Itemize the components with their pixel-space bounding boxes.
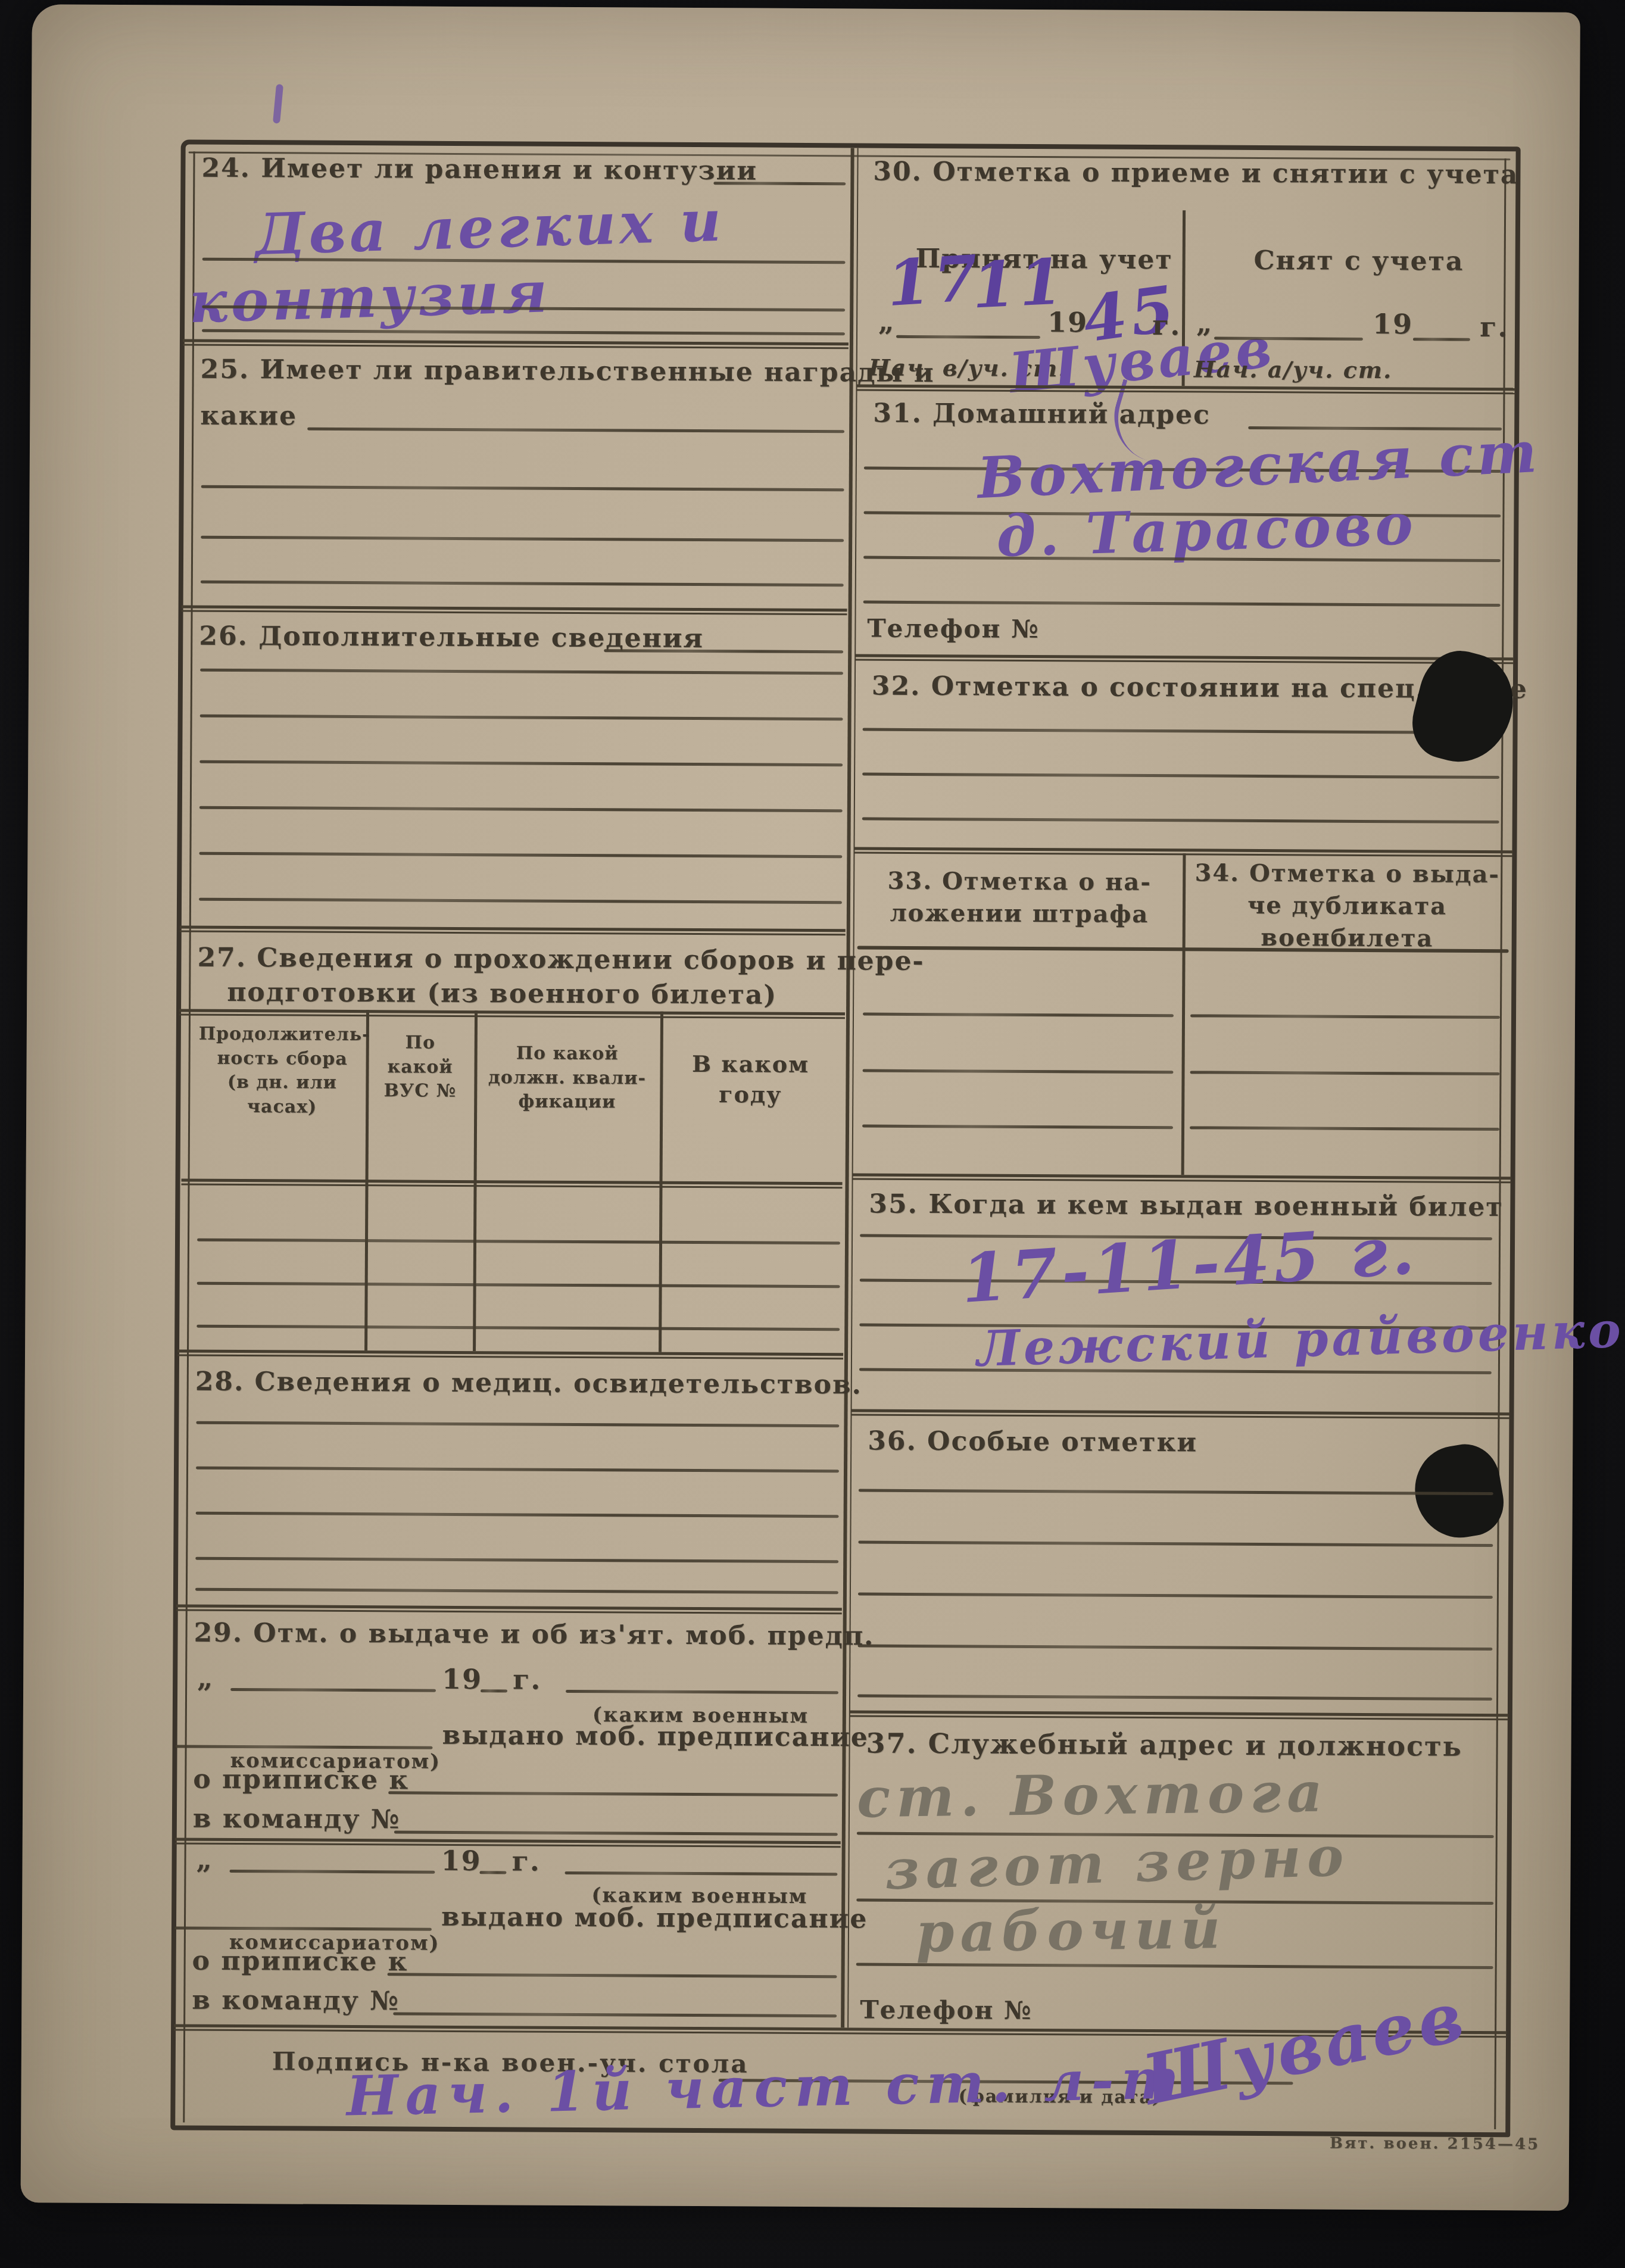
fill-line	[481, 1689, 507, 1692]
printer-mark: Вят. воен. 2154—45	[1330, 2135, 1540, 2154]
table-header-year: В каком году	[660, 1049, 841, 1110]
fill-line	[1413, 338, 1470, 341]
section-36-title: 36. Особые отметки	[868, 1426, 1197, 1458]
section-37-title: 37. Служебный адрес и должность	[866, 1727, 1462, 1762]
section-25-title-line2: какие	[200, 401, 297, 432]
nach-auch-label: Нач. а/уч. ст.	[1194, 355, 1393, 383]
year-prefix: 19	[1373, 308, 1413, 340]
vydano-mob-label: выдано моб. предписание	[441, 1902, 868, 1935]
open-quote: „	[878, 305, 896, 338]
year-suffix: г.	[1480, 311, 1508, 343]
vydano-mob-label: выдано моб. предписание	[442, 1720, 869, 1753]
year-suffix: г.	[513, 1663, 541, 1695]
open-quote: „	[196, 1843, 213, 1876]
year-prefix: 19	[441, 1845, 481, 1877]
table-header-duration: Продолжитель- ность сбора (в дн. или час…	[198, 1022, 366, 1119]
section-24-handwriting-2: контузия	[188, 259, 552, 336]
section-34-title: 34. Отметка о выда- че дубликата военбил…	[1191, 857, 1504, 955]
work-address-handwriting-1: ст. Вохтога	[857, 1760, 1329, 1830]
komanda-label: в команду №	[193, 1804, 401, 1835]
section-25-title-line1: 25. Имеет ли правительственные награды и	[201, 354, 935, 388]
phone-label: Телефон №	[867, 614, 1039, 644]
open-quote: „	[1196, 307, 1214, 339]
section-28-title: 28. Сведения о медиц. освидетельствов.	[195, 1367, 862, 1400]
pripiska-label: о приписке к	[193, 1764, 409, 1796]
section-27-title-line1: 27. Сведения о прохождении сборов и пере…	[197, 943, 924, 977]
work-position-handwriting: рабочий	[915, 1896, 1227, 1964]
sheet-wrapper: 24. Имеет ли ранения и контузии Два легк…	[0, 0, 1625, 2268]
fill-line	[479, 1871, 506, 1874]
year-prefix: 19	[442, 1663, 482, 1695]
removed-label: Снят с учета	[1254, 245, 1464, 277]
table-header-qualification: По какой должн. квали- фикации	[474, 1041, 660, 1115]
section-33-title: 33. Отметка о на- ложении штрафа	[865, 865, 1175, 931]
section-30-title: 30. Отметка о приеме и снятии с учета	[873, 157, 1518, 191]
year-suffix: г.	[511, 1845, 540, 1877]
accepted-day-handwriting: 17	[885, 241, 984, 320]
open-quote: „	[197, 1662, 214, 1694]
section-31-title: 31. Домашний адрес	[873, 398, 1211, 430]
section-24-handwriting-1: Два легких и	[254, 188, 725, 268]
section-29-title: 29. Отм. о выдаче и об из'ят. моб. предп…	[194, 1618, 874, 1652]
section-27-title-line2: подготовки (из военного билета)	[227, 977, 777, 1010]
section-24-title: 24. Имеет ли ранения и контузии	[201, 153, 757, 186]
scanned-document-canvas: 24. Имеет ли ранения и контузии Два легк…	[0, 0, 1625, 2268]
table-header-vus: По какой ВУС №	[366, 1031, 475, 1103]
phone-label: Телефон №	[860, 1995, 1032, 2026]
pripiska-label: о приписке к	[192, 1946, 408, 1977]
komanda-label: в команду №	[192, 1985, 400, 2017]
